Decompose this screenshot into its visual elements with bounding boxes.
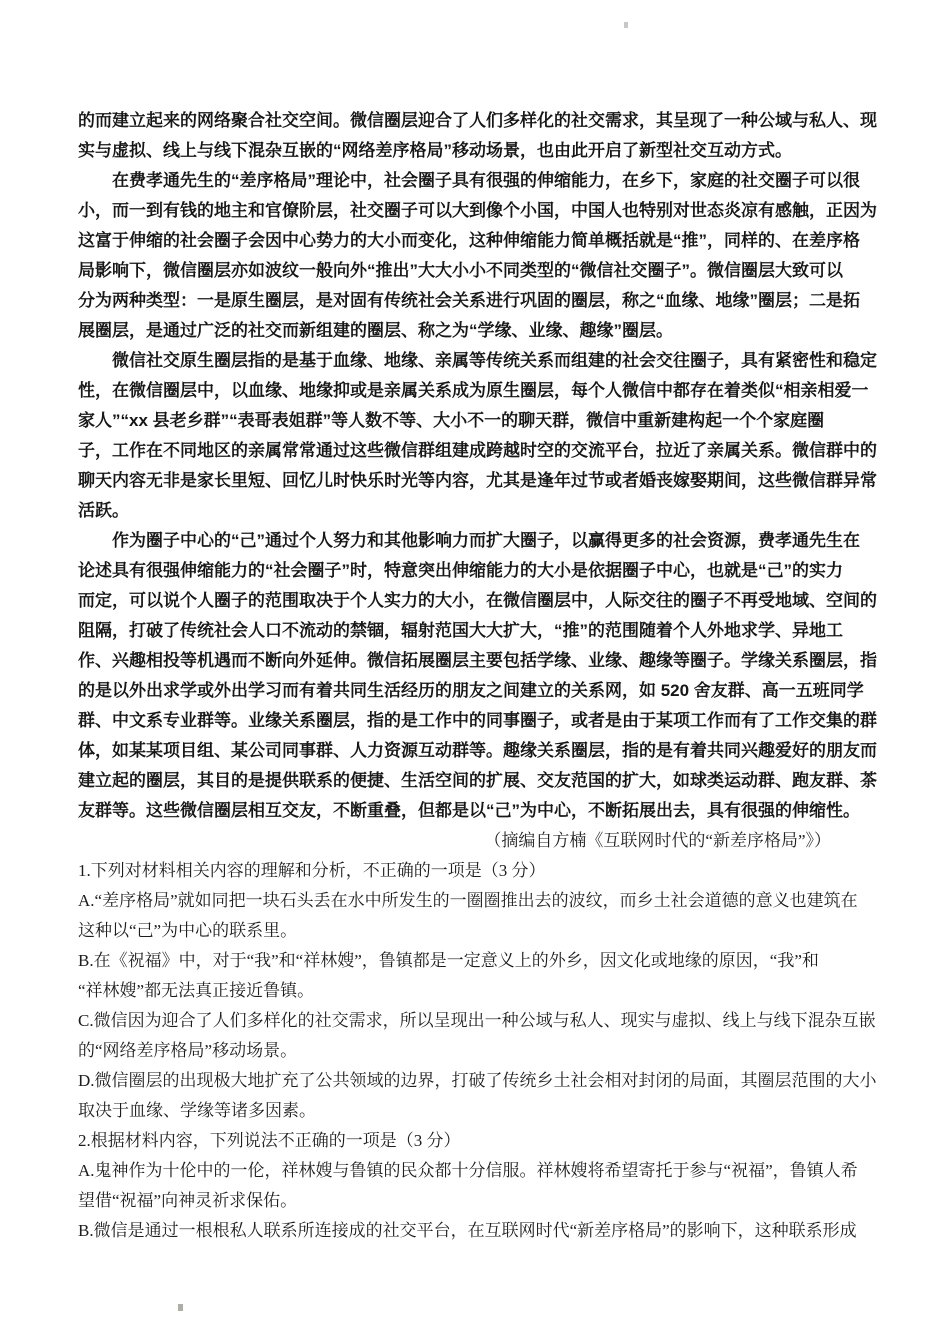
text-line: 1.下列对材料相关内容的理解和分析，不正确的一项是（3 分） (78, 856, 875, 886)
text-line: 这富于伸缩的社会圈子会因中心势力的大小而变化，这种伸缩能力简单概括就是“推”，同… (78, 226, 875, 256)
text-line: 在费孝通先生的“差序格局”理论中，社会圈子具有很强的伸缩能力，在乡下，家庭的社交… (78, 166, 875, 196)
text-line: 实与虚拟、线上与线下混杂互嵌的“网络差序格局”移动场景，也由此开启了新型社交互动… (78, 136, 875, 166)
text-line: 建立起的圈层，其目的是提供联系的便捷、生活空间的扩展、交友范国的扩大，如球类运动… (78, 766, 875, 796)
text-line: B.微信是通过一根根私人联系所连接成的社交平台，在互联网时代“新差序格局”的影响… (78, 1216, 875, 1246)
text-line: 体，如某某项目组、某公司同事群、人力资源互动群等。趣缘关系圈层，指的是有着共同兴… (78, 736, 875, 766)
questions-section: 1.下列对材料相关内容的理解和分析，不正确的一项是（3 分）A.“差序格局”就如… (78, 856, 875, 1246)
text-line: A.“差序格局”就如同把一块石头丢在水中所发生的一圈圈推出去的波纹，而乡土社会道… (78, 886, 875, 916)
text-line: 展圈层，是通过广泛的社交而新组建的圈层、称之为“学缘、业缘、趣缘”圈层。 (78, 316, 875, 346)
text-line: A.鬼神作为十伦中的一伦，祥林嫂与鲁镇的民众都十分信服。祥林嫂将希望寄托于参与“… (78, 1156, 875, 1186)
text-line: 作、兴趣相投等机遇而不断向外延伸。微信拓展圈层主要包括学缘、业缘、趣缘等圈子。学… (78, 646, 875, 676)
text-line: 聊天内容无非是家长里短、回忆儿时快乐时光等内容，尤其是逢年过节或者婚丧嫁娶期间，… (78, 466, 875, 496)
source-attribution: （摘编自方楠《互联网时代的“新差序格局”》） (78, 826, 875, 856)
text-line: 的而建立起来的网络聚合社交空间。微信圈层迎合了人们多样化的社交需求，其呈现了一种… (78, 106, 875, 136)
text-line: 友群等。这些微信圈层相互交友，不断重叠，但都是以“己”为中心，不断拓展出去，具有… (78, 796, 875, 826)
scan-artifact-bottom (178, 1304, 183, 1311)
text-line: “祥林嫂”都无法真正接近鲁镇。 (78, 976, 875, 1006)
text-line: 的“网络差序格局”移动场景。 (78, 1036, 875, 1066)
text-line: 分为两种类型：一是原生圈层，是对固有传统社会关系进行巩固的圈层，称之“血缘、地缘… (78, 286, 875, 316)
text-line: 2.根据材料内容，下列说法不正确的一项是（3 分） (78, 1126, 875, 1156)
text-line: 这种以“己”为中心的联系里。 (78, 916, 875, 946)
text-line: 活跃。 (78, 496, 875, 526)
text-block: 的而建立起来的网络聚合社交空间。微信圈层迎合了人们多样化的社交需求，其呈现了一种… (78, 106, 875, 1246)
text-line: 论述具有很强伸缩能力的“社会圈子”时，特意突出伸缩能力的大小是依据圈子中心，也就… (78, 556, 875, 586)
text-line: D.微信圈层的出现极大地扩充了公共领域的边界，打破了传统乡土社会相对封闭的局面，… (78, 1066, 875, 1096)
scanned-document-page: 的而建立起来的网络聚合社交空间。微信圈层迎合了人们多样化的社交需求，其呈现了一种… (0, 0, 950, 1344)
text-line: 群、中文系专业群等。业缘关系圈层，指的是工作中的同事圈子，或者是由于某项工作而有… (78, 706, 875, 736)
text-line: 而定，可以说个人圈子的范围取决于个人实力的大小，在微信圈层中，人际交往的圈子不再… (78, 586, 875, 616)
scan-artifact-top (624, 22, 628, 28)
text-line: 性，在微信圈层中，以血缘、地缘抑或是亲属关系成为原生圈层，每个人微信中都存在着类… (78, 376, 875, 406)
text-line: B.在《祝福》中，对于“我”和“祥林嫂”，鲁镇都是一定意义上的外乡，因文化或地缘… (78, 946, 875, 976)
text-line: 局影响下，微信圈层亦如波纹一般向外“推出”大大小小不同类型的“微信社交圈子”。微… (78, 256, 875, 286)
text-line: 家人”“xx 县老乡群”“表哥表姐群”等人数不等、大小不一的聊天群，微信中重新建… (78, 406, 875, 436)
text-line: 微信社交原生圈层指的是基于血缘、地缘、亲属等传统关系而组建的社会交往圈子，具有紧… (78, 346, 875, 376)
text-line: 望借“祝福”向神灵祈求保佑。 (78, 1186, 875, 1216)
text-line: 阻隔，打破了传统社会人口不流动的禁锢，辐射范国大大扩大，“推”的范围随着个人外地… (78, 616, 875, 646)
text-line: 小，而一到有钱的地主和官僚阶层，社交圈子可以大到像个小国，中国人也特别对世态炎凉… (78, 196, 875, 226)
text-line: 子，工作在不同地区的亲属常常通过这些微信群组建成跨越时空的交流平台，拉近了亲属关… (78, 436, 875, 466)
reading-passage: 的而建立起来的网络聚合社交空间。微信圈层迎合了人们多样化的社交需求，其呈现了一种… (78, 106, 875, 826)
text-line: 作为圈子中心的“己”通过个人努力和其他影响力而扩大圈子，以赢得更多的社会资源，费… (78, 526, 875, 556)
text-line: 取决于血缘、学缘等诸多因素。 (78, 1096, 875, 1126)
text-line: 的是以外出求学或外出学习而有着共同生活经历的朋友之间建立的关系网，如 520 舍… (78, 676, 875, 706)
text-line: C.微信因为迎合了人们多样化的社交需求，所以呈现出一种公域与私人、现实与虚拟、线… (78, 1006, 875, 1036)
